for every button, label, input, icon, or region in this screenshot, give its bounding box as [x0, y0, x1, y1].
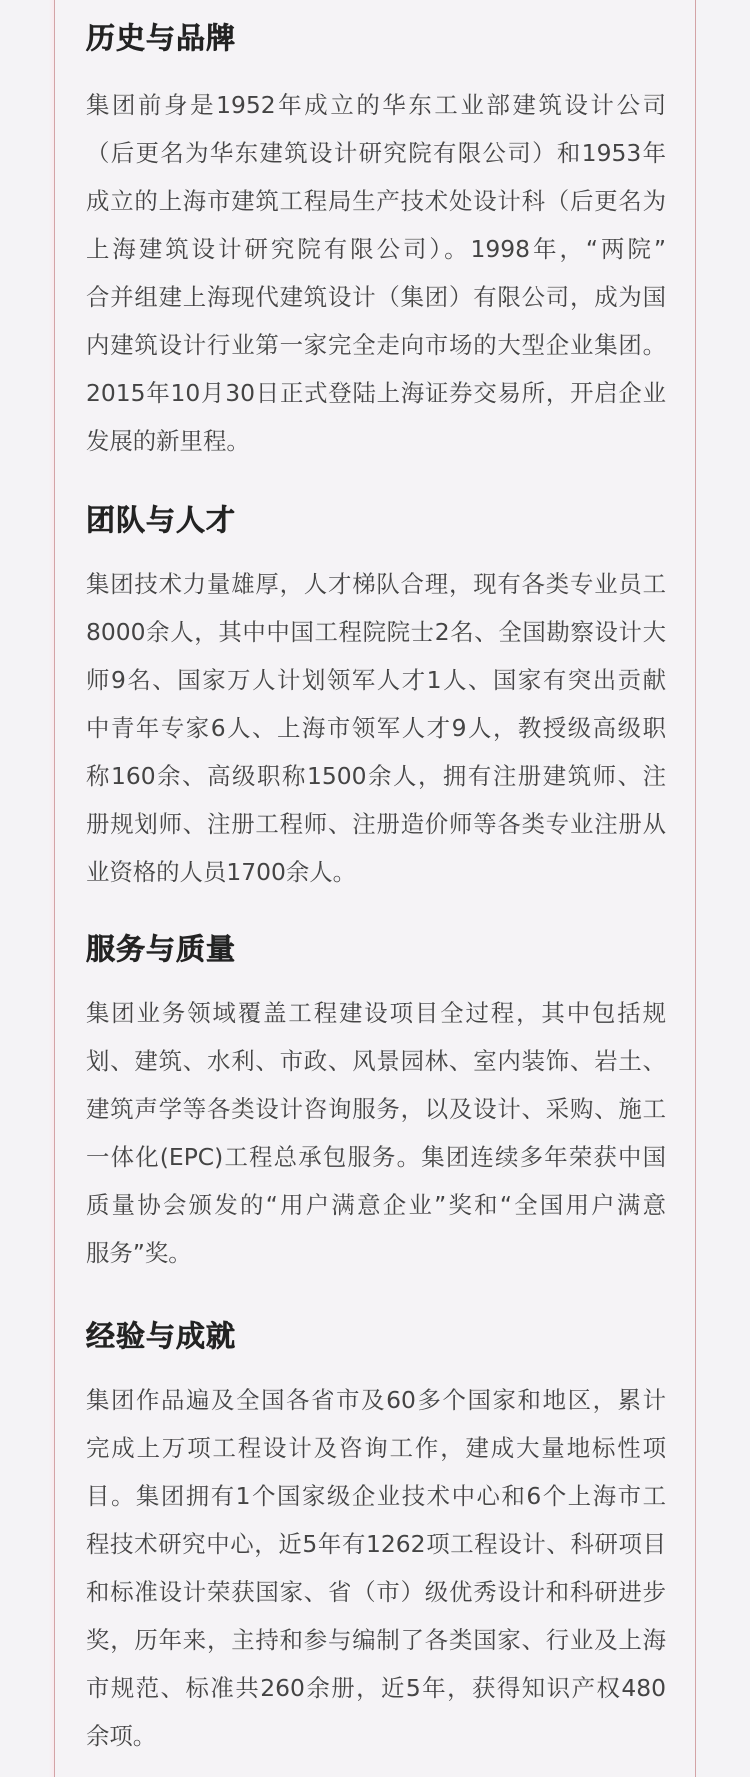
text-line: 质量协会颁发的“用户满意企业”奖和“全国用户满意 [86, 1181, 666, 1229]
text-line: 划、建筑、水利、市政、风景园林、室内装饰、岩土、 [86, 1037, 666, 1085]
text-line: 集团技术力量雄厚，人才梯队合理，现有各类专业员工 [86, 560, 666, 608]
text-line: 称160余、高级职称1500余人，拥有注册建筑师、注 [86, 752, 666, 800]
text-line: 市规范、标准共260余册，近5年，获得知识产权480 [86, 1664, 666, 1712]
section-experience-achievement: 经验与成就 集团作品遍及全国各省市及60多个国家和地区，累计 完成上万项工程设计… [86, 1317, 666, 1760]
text-line: 师9名、国家万人计划领军人才1人、国家有突出贡献 [86, 656, 666, 704]
text-line: 集团前身是1952年成立的华东工业部建筑设计公司 [86, 81, 666, 129]
section-history-brand: 历史与品牌 集团前身是1952年成立的华东工业部建筑设计公司 （后更名为华东建筑… [86, 19, 666, 465]
text-line: 2015年10月30日正式登陆上海证券交易所，开启企业 [86, 369, 666, 417]
section-body: 集团前身是1952年成立的华东工业部建筑设计公司 （后更名为华东建筑设计研究院有… [86, 81, 666, 465]
text-line: 服务”奖。 [86, 1229, 666, 1277]
text-line: 成立的上海市建筑工程局生产技术处设计科（后更名为 [86, 177, 666, 225]
text-line: 发展的新里程。 [86, 417, 666, 465]
section-body: 集团作品遍及全国各省市及60多个国家和地区，累计 完成上万项工程设计及咨询工作，… [86, 1376, 666, 1760]
section-body: 集团技术力量雄厚，人才梯队合理，现有各类专业员工 8000余人，其中中国工程院院… [86, 560, 666, 896]
section-team-talent: 团队与人才 集团技术力量雄厚，人才梯队合理，现有各类专业员工 8000余人，其中… [86, 501, 666, 896]
text-line: 合并组建上海现代建筑设计（集团）有限公司，成为国 [86, 273, 666, 321]
text-line: 完成上万项工程设计及咨询工作，建成大量地标性项 [86, 1424, 666, 1472]
text-line: 集团业务领域覆盖工程建设项目全过程，其中包括规 [86, 989, 666, 1037]
text-line: 建筑声学等各类设计咨询服务，以及设计、采购、施工 [86, 1085, 666, 1133]
text-line: 内建筑设计行业第一家完全走向市场的大型企业集团。 [86, 321, 666, 369]
text-line: 中青年专家6人、上海市领军人才9人，教授级高级职 [86, 704, 666, 752]
text-line: 上海建筑设计研究院有限公司）。1998年，“两院” [86, 225, 666, 273]
text-line: 集团作品遍及全国各省市及60多个国家和地区，累计 [86, 1376, 666, 1424]
text-line: （后更名为华东建筑设计研究院有限公司）和1953年 [86, 129, 666, 177]
section-heading: 历史与品牌 [86, 19, 666, 57]
text-line: 余项。 [86, 1712, 666, 1760]
text-line: 业资格的人员1700余人。 [86, 848, 666, 896]
section-body: 集团业务领域覆盖工程建设项目全过程，其中包括规 划、建筑、水利、市政、风景园林、… [86, 989, 666, 1277]
section-service-quality: 服务与质量 集团业务领域覆盖工程建设项目全过程，其中包括规 划、建筑、水利、市政… [86, 930, 666, 1277]
text-line: 一体化(EPC)工程总承包服务。集团连续多年荣获中国 [86, 1133, 666, 1181]
text-line: 目。集团拥有1个国家级企业技术中心和6个上海市工 [86, 1472, 666, 1520]
section-heading: 服务与质量 [86, 930, 666, 968]
text-line: 奖，历年来，主持和参与编制了各类国家、行业及上海 [86, 1616, 666, 1664]
section-heading: 团队与人才 [86, 501, 666, 539]
text-line: 和标准设计荣获国家、省（市）级优秀设计和科研进步 [86, 1568, 666, 1616]
content-frame: 历史与品牌 集团前身是1952年成立的华东工业部建筑设计公司 （后更名为华东建筑… [54, 0, 696, 1777]
text-line: 程技术研究中心，近5年有1262项工程设计、科研项目 [86, 1520, 666, 1568]
section-heading: 经验与成就 [86, 1317, 666, 1355]
text-line: 册规划师、注册工程师、注册造价师等各类专业注册从 [86, 800, 666, 848]
text-line: 8000余人，其中中国工程院院士2名、全国勘察设计大 [86, 608, 666, 656]
